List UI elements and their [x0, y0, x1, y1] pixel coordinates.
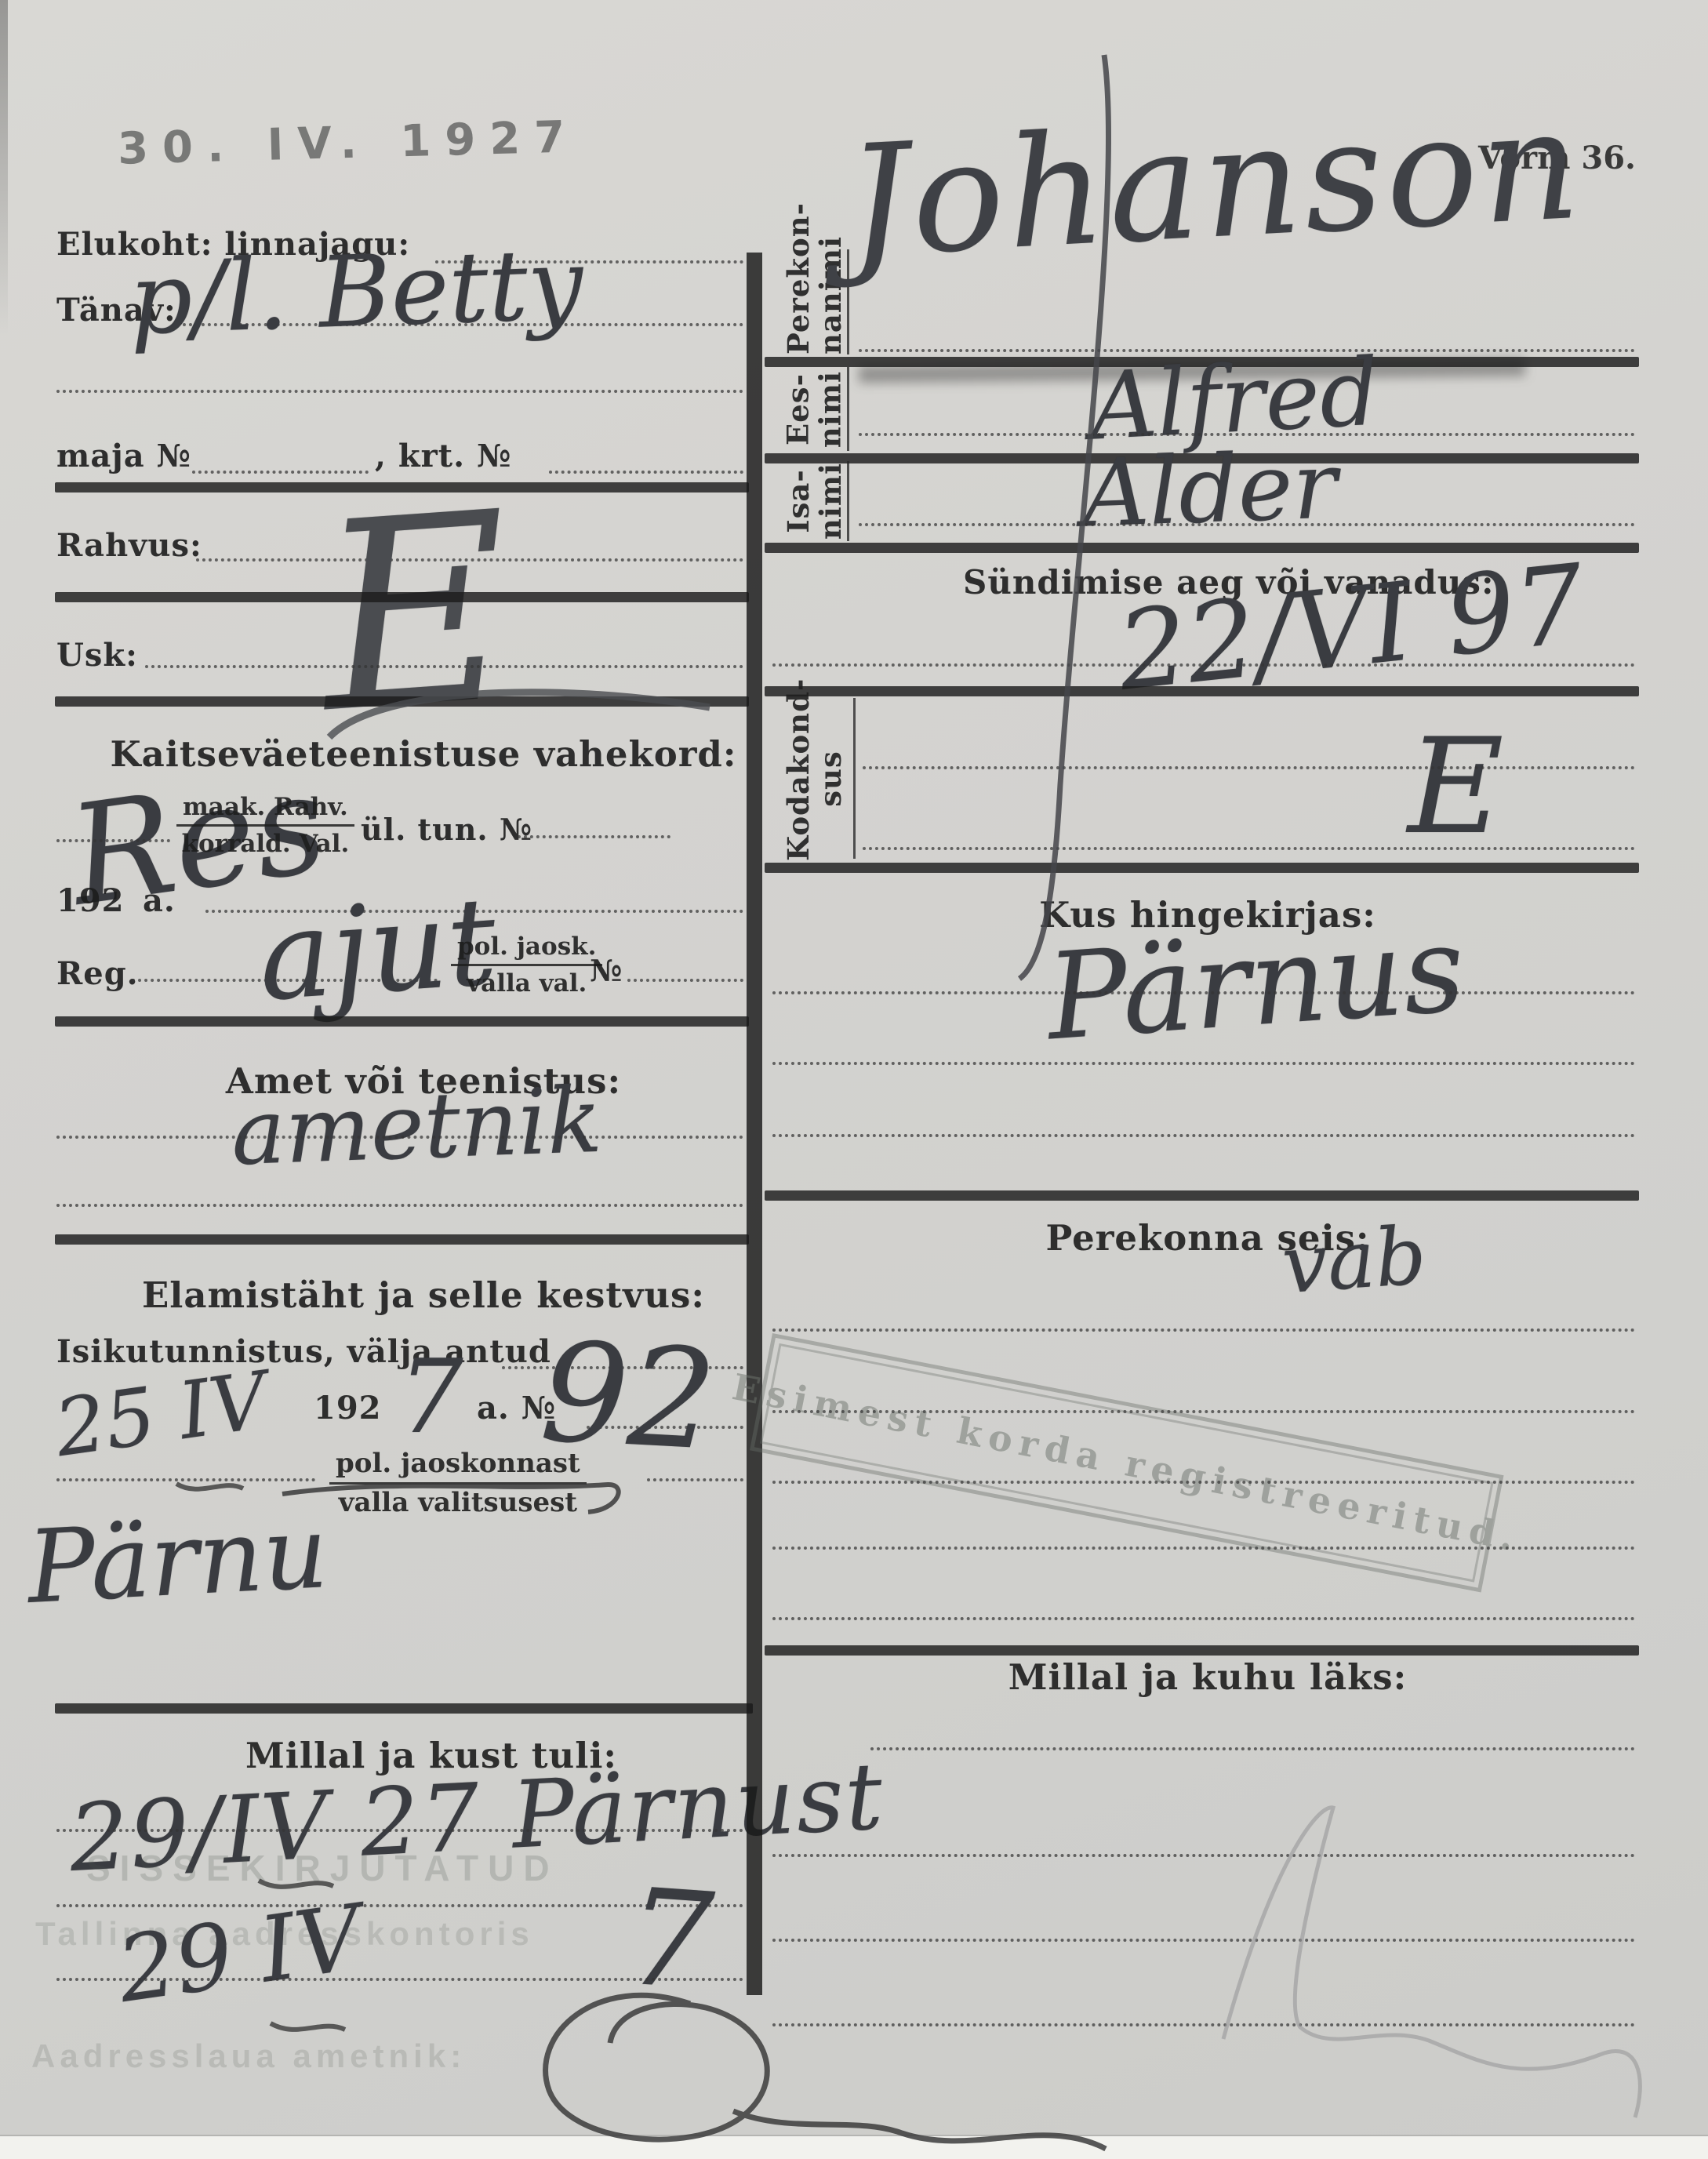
isanimi-label: Isa- nimi — [783, 461, 847, 541]
isiku-date-handwriting: 25 IV — [49, 1354, 272, 1475]
pol-jaosk-fraction: pol. jaosk. valla val. — [451, 933, 602, 997]
dotted-line — [56, 839, 170, 842]
dotted-line — [56, 1478, 315, 1481]
rahvus-label: Rahvus: — [56, 527, 202, 564]
rule-line — [765, 1645, 1639, 1656]
dotted-line — [772, 1547, 1635, 1550]
dotted-line — [772, 2023, 1635, 2026]
bottom-digit-handwriting: 7 — [622, 1859, 718, 2020]
millal-laks-heading: Millal ja kuhu läks: — [776, 1656, 1639, 1698]
dotted-line — [627, 979, 743, 982]
isikutunnistus-label: Isikutunnistus, välja antud — [56, 1333, 551, 1370]
rule-line — [55, 696, 749, 707]
scan-bottom-strip — [0, 2135, 1708, 2159]
label-divider-line — [847, 249, 849, 354]
ul-tun-label: ül. tun. № — [361, 812, 532, 847]
amet-handwriting: ametnik — [230, 1068, 604, 1186]
rule-line — [55, 592, 749, 602]
no-sign: № — [590, 953, 623, 988]
maak-rahv-fraction: maak. Rahv. korrald. Val. — [176, 794, 354, 857]
rule-line — [765, 1190, 1639, 1201]
dotted-line — [518, 835, 670, 838]
dotted-line — [859, 523, 1635, 526]
dotted-line — [549, 471, 743, 474]
dotted-line — [863, 766, 1635, 769]
scan-edge-shadow — [0, 0, 8, 337]
usk-label: Usk: — [56, 637, 138, 674]
rule-line — [55, 1016, 749, 1027]
isiku-year-label: 192 — [314, 1390, 382, 1427]
perekonnanimi-label: Perekon- nanimi — [783, 249, 847, 354]
dotted-line — [56, 1978, 743, 1981]
fraction-top: pol. jaosk. — [451, 933, 602, 966]
date-stamp: 30. IV. 1927 — [117, 111, 580, 174]
dotted-line — [772, 1481, 1635, 1484]
kodakondsus-label: Kodakond- sus — [783, 696, 847, 861]
eesnimi-label: Ees- nimi — [783, 368, 847, 452]
dotted-line — [145, 665, 743, 668]
circle-scribble-signature — [546, 1995, 1106, 2149]
dotted-line — [56, 1829, 743, 1832]
reg-label: Reg. — [56, 955, 139, 992]
rahvus-usk-handwriting: E — [311, 456, 521, 770]
dotted-line — [56, 1136, 743, 1139]
elamistaht-heading: Elamistäht ja selle kestvus: — [94, 1274, 753, 1316]
fraction-bottom-struck: valla valitsusest — [329, 1485, 587, 1517]
rule-line — [55, 1703, 753, 1714]
fraction-bottom: korrald. Val. — [176, 827, 354, 857]
rule-line — [765, 863, 1639, 873]
perekonnanimi-handwriting: Johanson — [843, 75, 1587, 292]
dotted-line — [772, 663, 1635, 667]
isiku-year-digit-handwriting: 7 — [398, 1337, 463, 1456]
dotted-line — [772, 1939, 1635, 1942]
dotted-line — [772, 1328, 1635, 1332]
numeral-underline-squiggle — [271, 2023, 345, 2030]
faded-clerk-line: Aadresslaua ametnik: — [31, 2037, 466, 2075]
registration-stamp: Esimest korda registreeritud. — [750, 1333, 1504, 1592]
scanned-registration-form: 30. IV. 1927 Vorm 36. Elukoht: linnajagu… — [0, 0, 1708, 2159]
dotted-line — [647, 1478, 743, 1481]
dotted-line — [772, 1134, 1635, 1137]
fraction-bottom: valla val. — [451, 966, 602, 997]
dotted-line — [870, 1747, 1635, 1750]
kus-hingekirjas-handwriting: Pärnus — [1042, 900, 1469, 1067]
fraction-top: maak. Rahv. — [176, 794, 354, 827]
label-divider-line — [853, 698, 856, 859]
registration-stamp-text: Esimest korda registreeritud. — [729, 1365, 1524, 1560]
dotted-line — [772, 1062, 1635, 1065]
label-divider-line — [847, 367, 849, 451]
year-a-label: a. — [143, 882, 176, 919]
dotted-line — [56, 1204, 743, 1207]
pol-jaoskonnast-fraction: pol. jaoskonnast valla valitsusest — [329, 1449, 587, 1518]
rule-line — [765, 686, 1639, 696]
isanimi-handwriting: Alder — [1081, 431, 1339, 547]
numeral-underline-squiggle — [176, 1484, 243, 1489]
maja-label: maja № — [56, 438, 191, 474]
dotted-line — [56, 390, 743, 393]
year-label: 192 — [56, 882, 125, 919]
dotted-line — [863, 847, 1635, 850]
tanav-handwriting: p/l. Betty — [128, 227, 585, 357]
dotted-line — [772, 1854, 1635, 1857]
parnu-handwriting: Pärnu — [24, 1494, 330, 1627]
dotted-line — [772, 991, 1635, 994]
kodakondsus-handwriting: E — [1408, 710, 1504, 863]
faded-sissekirjutatud-stamp: SISSEKIRJUTATUD — [86, 1847, 559, 1889]
rule-line — [55, 1234, 749, 1245]
perekonna-seis-heading: Perekonna seis: — [776, 1217, 1639, 1259]
label-divider-line — [847, 461, 849, 541]
dotted-line — [772, 1410, 1635, 1413]
fraction-top: pol. jaoskonnast — [329, 1449, 587, 1485]
column-divider — [747, 253, 762, 1995]
perekonna-seis-handwriting: vab — [1279, 1209, 1430, 1313]
dotted-line — [772, 1617, 1635, 1620]
